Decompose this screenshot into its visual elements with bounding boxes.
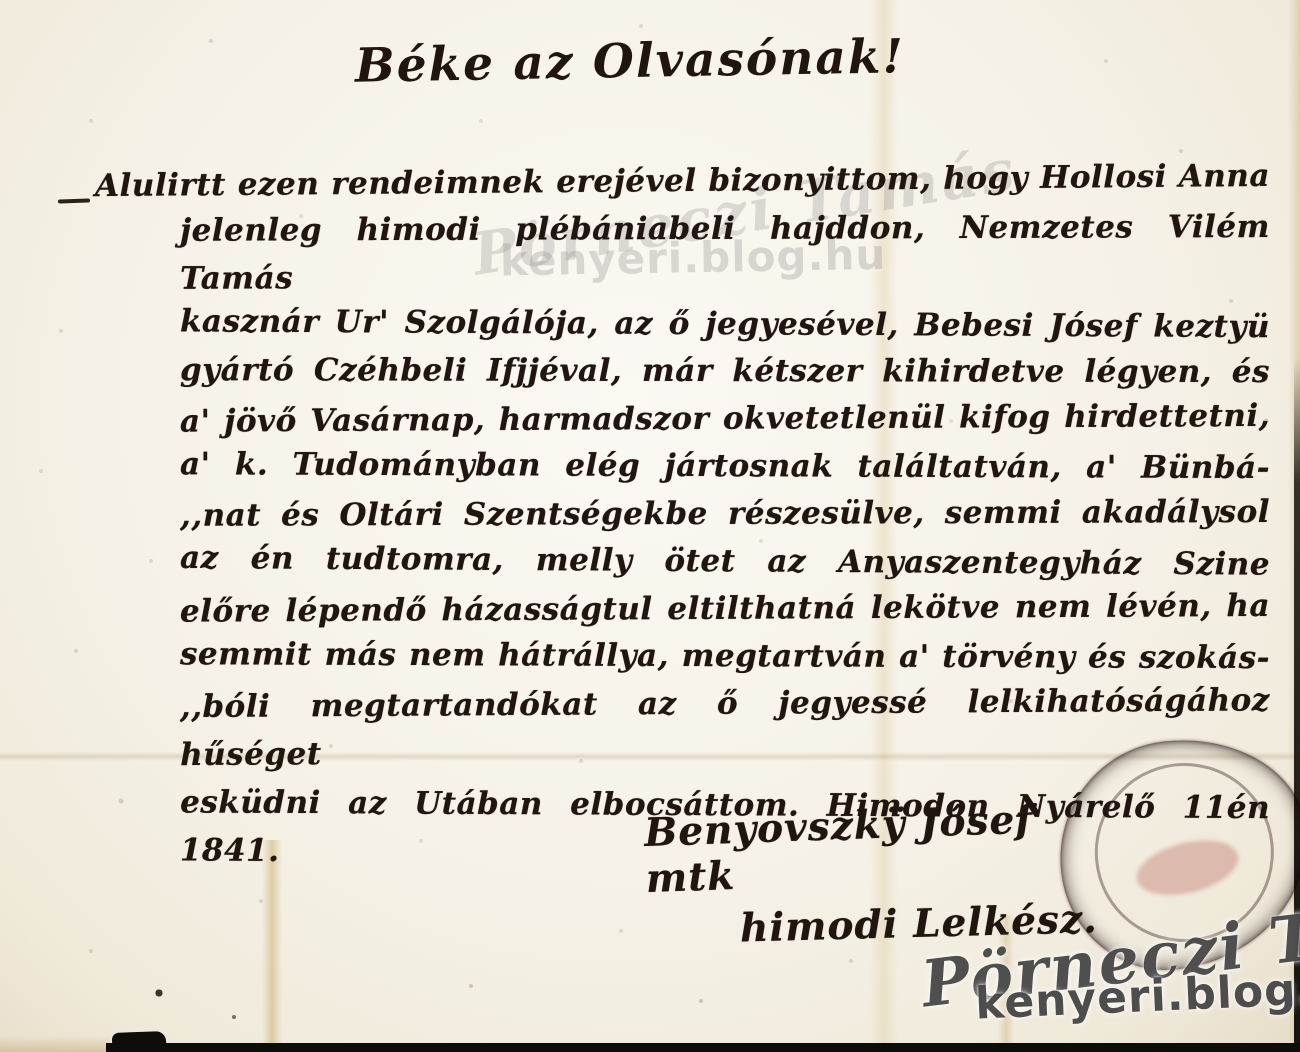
letter-line: jelenleg himodi plébániabeli hajddon, Ne…	[95, 203, 1270, 302]
scanned-letter-page: Pörneczi Tamás kenyeri.blog.hu Béke az O…	[0, 0, 1300, 1052]
letter-line: az én tudtomra, melly ötet az Anyaszente…	[95, 534, 1270, 589]
letter-line: kasznár Ur' Szolgálója, az ő jegyesével,…	[95, 297, 1270, 351]
letter-line: ,,bóli megtartandókat az ő jegyessé lelk…	[95, 677, 1271, 779]
signature-name: Benyovszkÿ Jósef mtk	[644, 794, 1107, 902]
scan-edge-bottom-left	[0, 1036, 110, 1052]
letter-line: Alulirtt ezen rendeimnek erejével bizony…	[95, 153, 1270, 211]
ink-stray-mark	[58, 198, 90, 203]
paper-speckles	[0, 0, 2, 2]
letter-heading: Béke az Olvasónak!	[0, 23, 1260, 100]
letter-line: a' k. Tudományban elég jártosnak találta…	[95, 441, 1270, 493]
scan-edge-bottom	[106, 1043, 1300, 1052]
scan-edge-bottom-bump	[112, 1031, 166, 1048]
letter-line: ,,nat és Oltári Szentségekbe részesülve,…	[95, 488, 1270, 540]
letter-body: Alulirtt ezen rendeimnek erejével bizony…	[95, 158, 1270, 877]
watermark-bottom-right: Pörneczi Tamás kenyeri.blog.hu	[920, 912, 1300, 1018]
letter-line: a' jövő Vasárnap, harmadszor okvetetlenü…	[95, 392, 1270, 446]
letter-line: gyártó Czéhbeli Ifjjéval, már kétszer ki…	[95, 347, 1270, 397]
letter-line: előre lépendő házasságtul eltilthatná le…	[95, 582, 1270, 636]
letter-line: semmit más nem hátrállya, megtartván a' …	[95, 631, 1270, 683]
